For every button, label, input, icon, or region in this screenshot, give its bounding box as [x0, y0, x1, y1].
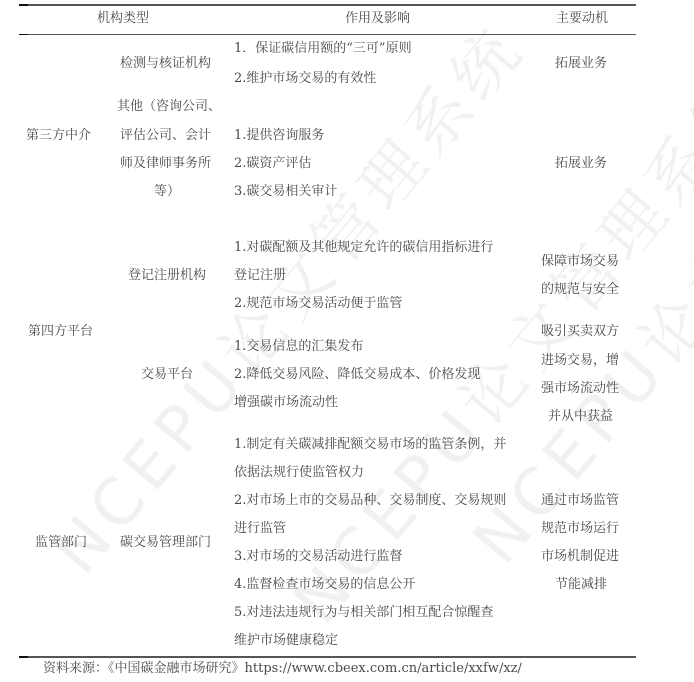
institution-cell: 碳交易管理部门 — [120, 535, 211, 551]
institution-cell: 交易平台 — [141, 367, 193, 383]
effect-line: 1.对碳配额及其他规定允许的碳信用指标进行 — [234, 240, 493, 256]
institution-line: 师及律师事务所 — [120, 156, 211, 172]
category-cell: 第四方平台 — [28, 324, 93, 340]
motive-line: 节能减排 — [555, 577, 607, 593]
source-note: 资料来源：《中国碳金融市场研究》https://www.cbeex.com.cn… — [43, 661, 522, 677]
effect-line: 1．保证碳信用额的“三可”原则 — [234, 41, 412, 57]
motive-line: 并从中获益 — [548, 409, 613, 425]
effect-line: 进行监管 — [234, 521, 286, 537]
header-effects: 作用及影响 — [345, 11, 410, 27]
effect-line: 依据法规行使监管权力 — [234, 465, 364, 481]
effect-line: 2.降低交易风险、降低交易成本、价格发现 — [234, 367, 480, 383]
category-cell: 第三方中介 — [26, 128, 91, 144]
category-cell: 监管部门 — [35, 535, 87, 551]
motive-line: 通过市场监管 — [541, 493, 619, 509]
effect-line: 5.对违法违规行为与相关部门相互配合惊醒查 — [234, 605, 493, 621]
effect-line: 2.规范市场交易活动便于监管 — [234, 296, 402, 312]
motive-cell: 拓展业务 — [555, 56, 607, 72]
institution-line: 评估公司、会计 — [120, 128, 211, 144]
table-top-rule — [19, 4, 636, 6]
motive-cell: 拓展业务 — [555, 156, 607, 172]
motive-line: 的规范与安全 — [541, 282, 619, 298]
effect-line: 1.提供咨询服务 — [234, 128, 324, 144]
institution-line: 其他（咨询公司、 — [117, 99, 221, 115]
effect-line: 1.制定有关碳减排配额交易市场的监管条例，并 — [234, 437, 506, 453]
effect-line: 2.对市场上市的交易品种、交易制度、交易规则 — [234, 493, 506, 509]
header-motive: 主要动机 — [556, 11, 608, 27]
header-institution-type: 机构类型 — [97, 11, 149, 27]
effect-line: 3.对市场的交易活动进行监督 — [234, 549, 402, 565]
effect-line: 1.交易信息的汇集发布 — [234, 339, 363, 355]
effect-line: 维护市场健康稳定 — [234, 633, 338, 649]
effect-line: 2.维护市场交易的有效性 — [234, 71, 376, 87]
institution-cell: 登记注册机构 — [128, 268, 206, 284]
motive-line: 保障市场交易 — [541, 254, 619, 270]
motive-line: 市场机制促进 — [541, 549, 619, 565]
motive-line: 吸引买卖双方 — [541, 324, 619, 340]
motive-line: 规范市场运行 — [541, 521, 619, 537]
effect-line: 2.碳资产评估 — [234, 156, 311, 172]
institution-line: 等） — [154, 184, 180, 200]
institution-cell: 检测与核证机构 — [120, 56, 211, 72]
effect-line: 登记注册 — [234, 268, 286, 284]
motive-line: 强市场流动性 — [541, 381, 619, 397]
effect-line: 增强碳市场流动性 — [234, 395, 338, 411]
effect-line: 3.碳交易相关审计 — [234, 184, 337, 200]
motive-line: 进场交易，增 — [541, 353, 619, 369]
table-header-rule — [19, 34, 636, 35]
effect-line: 4.监督检查市场交易的信息公开 — [234, 577, 415, 593]
table-bottom-rule — [19, 656, 636, 658]
